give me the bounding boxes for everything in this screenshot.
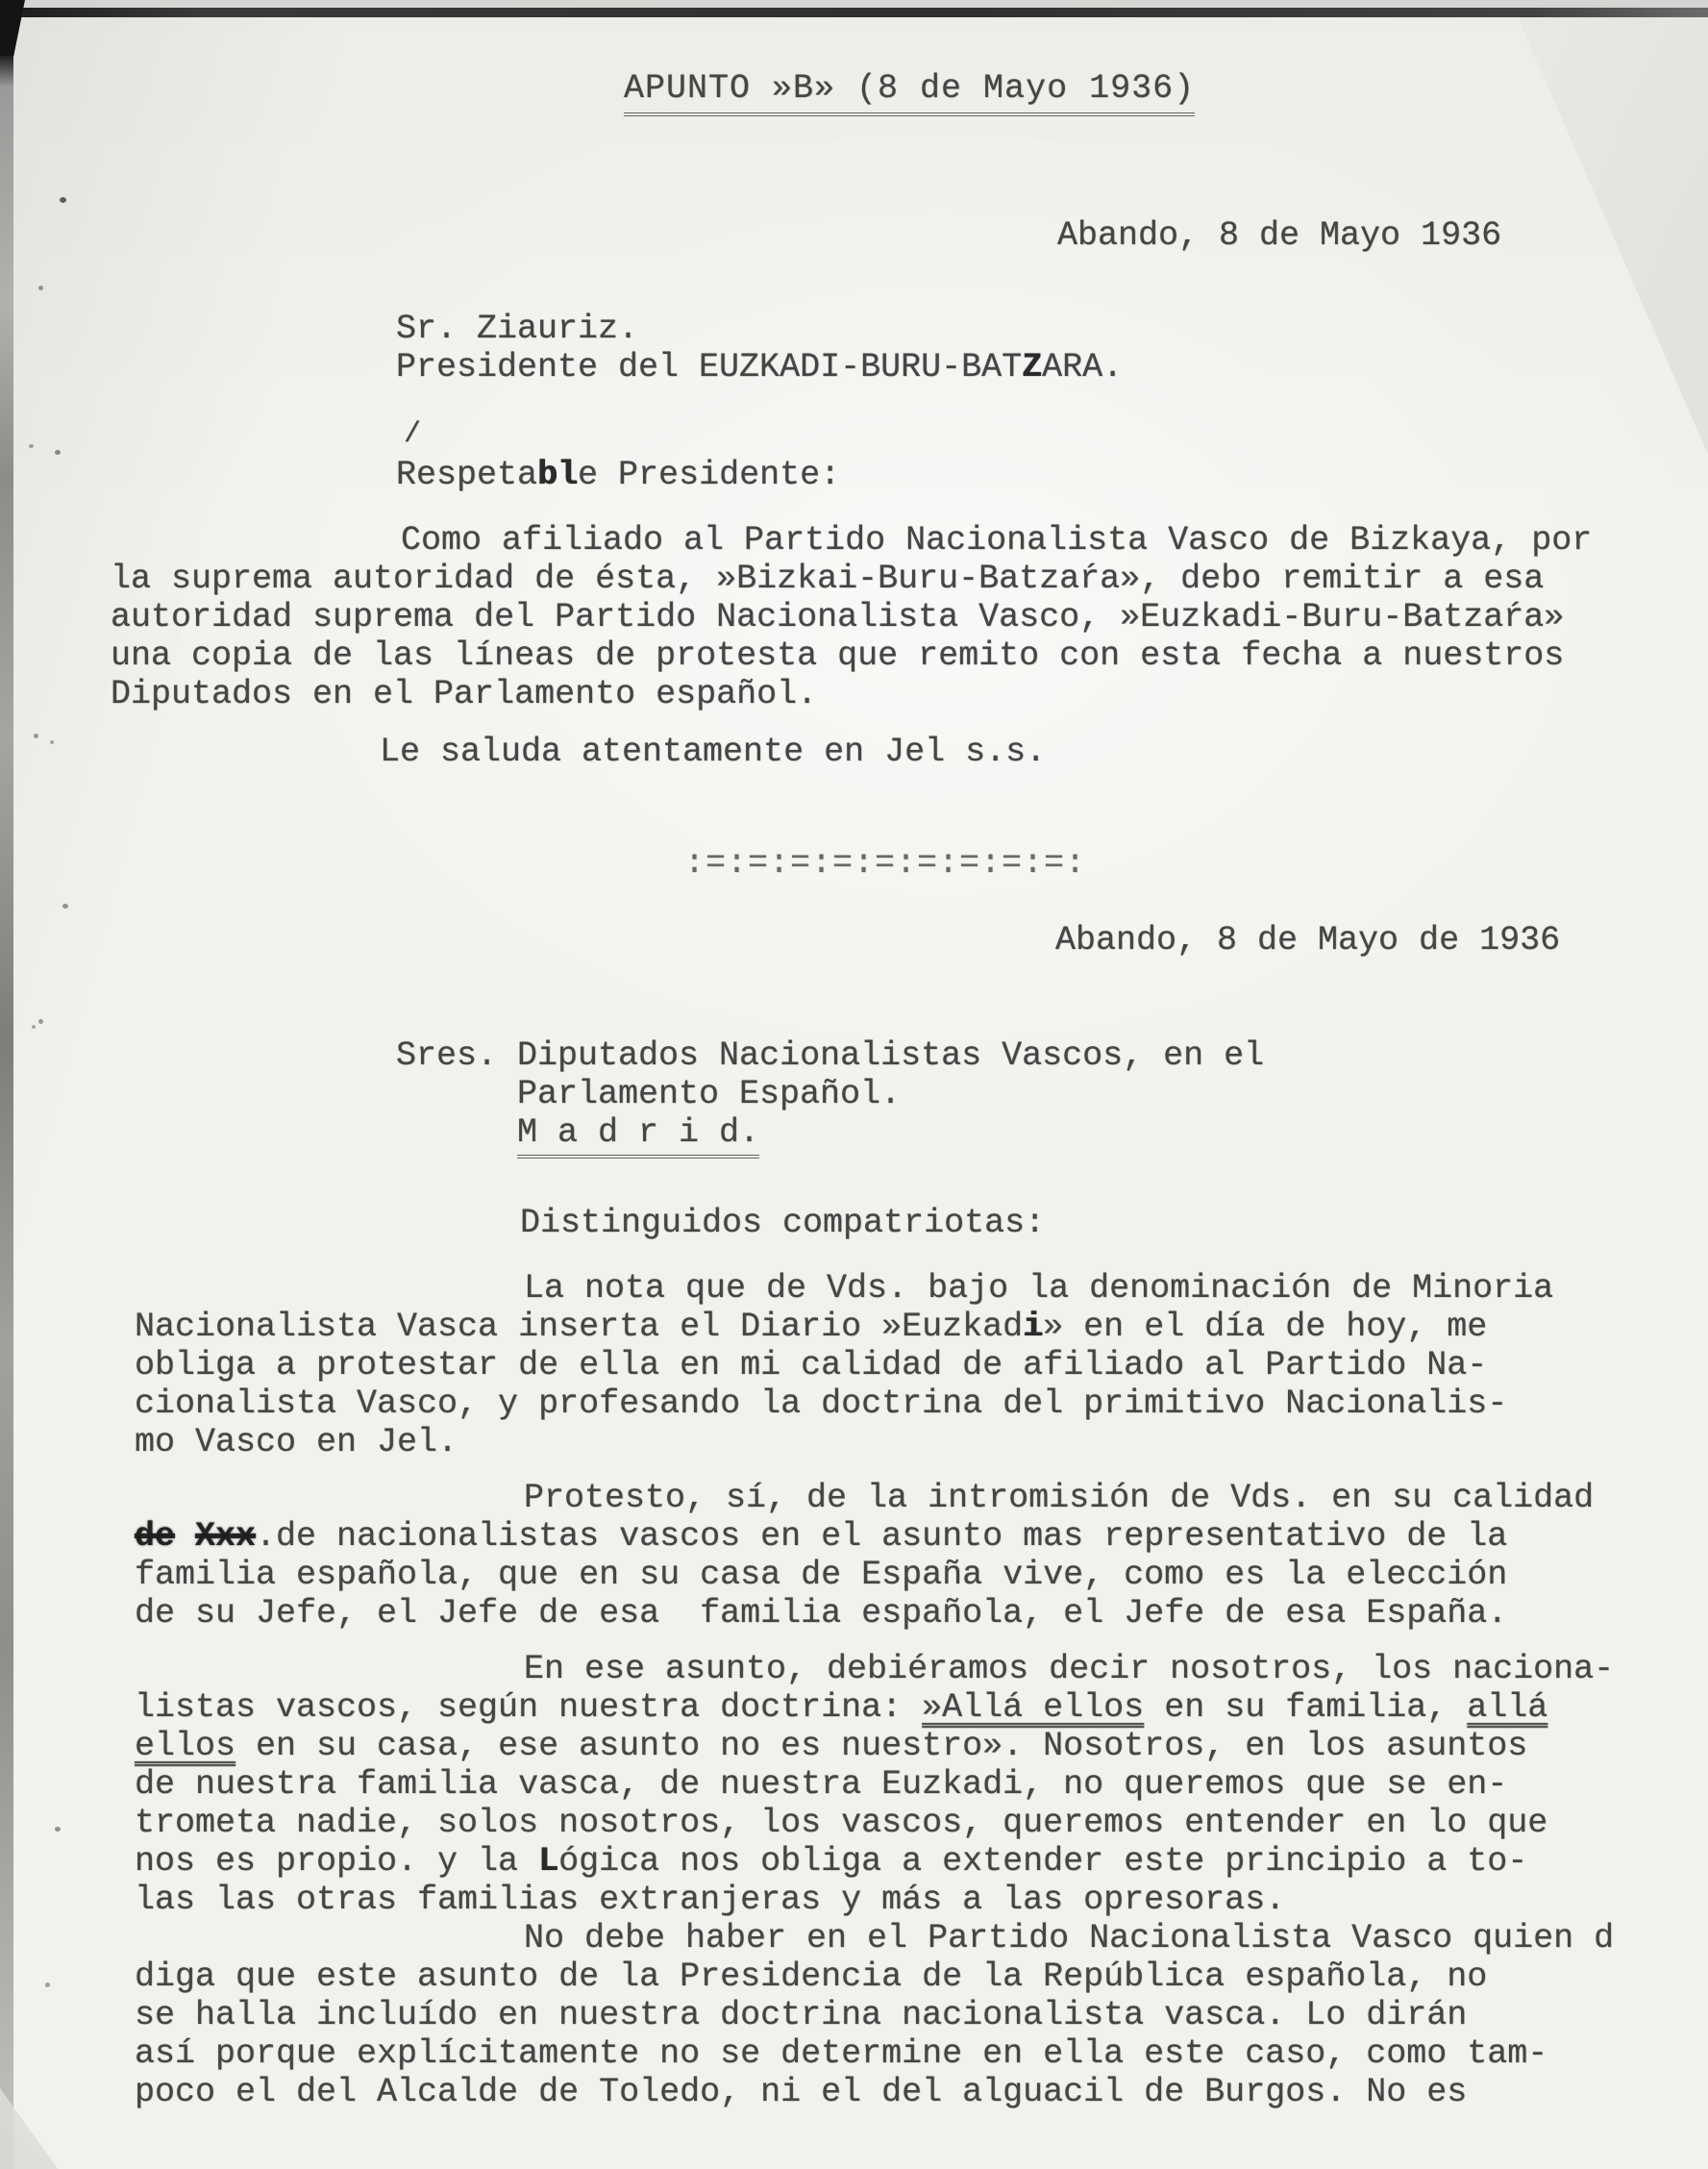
scan-edge-left (0, 0, 13, 2169)
typed-line: En ese asunto, debiéramos decir nosotros… (135, 1650, 1614, 1688)
scan-speck (55, 450, 61, 455)
typed-line: Parlamento Español. (396, 1075, 1264, 1113)
scan-speck (32, 1025, 36, 1029)
typed-line: Respetable Presidente: (396, 456, 840, 494)
typed-line: de su Jefe, el Jefe de esa familia españ… (135, 1594, 1594, 1633)
margin-mark: / (404, 415, 421, 454)
typed-line: las las otras familias extranjeras y más… (135, 1881, 1614, 1919)
typed-line: de Xxx.de nacionalistas vascos en el asu… (135, 1517, 1594, 1556)
scan-speck (29, 444, 34, 448)
salutation-second: Distinguidos compatriotas: (520, 1204, 1045, 1242)
recipient-block-first: Sr. Ziauriz. Presidente del EUZKADI-BURU… (396, 310, 1123, 386)
typed-line: una copia de las líneas de protesta que … (111, 636, 1592, 675)
typed-line: cionalista Vasco, y profesando la doctri… (135, 1384, 1553, 1423)
typed-line: Protesto, sí, de la intromisión de Vds. … (135, 1479, 1594, 1517)
typed-line: trometa nadie, solos nosotros, los vasco… (135, 1804, 1614, 1842)
scan-corner-top-left (0, 0, 25, 56)
typed-line: No debe haber en el Partido Nacionalista… (135, 1919, 1614, 1957)
typed-line: la suprema autoridad de ésta, »Bizkai-Bu… (111, 560, 1592, 598)
typed-line: Le saluda atentamente en Jel s.s. (380, 733, 1046, 771)
typed-line: mo Vasco en Jel. (135, 1423, 1553, 1461)
typed-line: diga que este asunto de la Presidencia d… (135, 1957, 1614, 1996)
scan-speck (45, 1982, 50, 1987)
madrid-underlined: M a d r i d. (517, 1113, 759, 1159)
typed-line: Nacionalista Vasca inserta el Diario »Eu… (135, 1308, 1553, 1346)
scan-edge-top-light (0, 0, 1708, 8)
typed-line: poco el del Alcalde de Toledo, ni el del… (135, 2073, 1614, 2111)
scan-speck (34, 734, 38, 738)
typed-line: :=:=:=:=:=:=:=:=:=: (684, 844, 1086, 883)
typed-line: obliga a protestar de ella en mi calidad… (135, 1346, 1553, 1384)
typed-separator: :=:=:=:=:=:=:=:=:=: (684, 844, 1086, 883)
scan-speck (38, 1019, 43, 1024)
closing-first: Le saluda atentamente en Jel s.s. (380, 733, 1046, 771)
typed-line: Distinguidos compatriotas: (520, 1204, 1045, 1242)
heading-text: APUNTO »B» (8 de Mayo 1936) (624, 69, 1195, 116)
typed-line: / (404, 415, 421, 454)
typed-line: listas vascos, según nuestra doctrina: »… (135, 1688, 1614, 1727)
paragraph-como-afiliado: Como afiliado al Partido Nacionalista Va… (111, 521, 1592, 713)
recipient-name: Sr. Ziauriz. (396, 310, 1123, 348)
page-fold-top-right (1501, 17, 1708, 455)
page-fold-bottom-left (0, 2054, 106, 2169)
typed-line: autoridad suprema del Partido Nacionalis… (111, 598, 1592, 636)
paragraph-en-ese-asunto: En ese asunto, debiéramos decir nosotros… (135, 1650, 1614, 1919)
typed-line: familia española, que en su casa de Espa… (135, 1556, 1594, 1594)
typed-line: Abando, 8 de Mayo de 1936 (1055, 921, 1560, 960)
typed-line: ellos en su casa, ese asunto no es nuest… (135, 1727, 1614, 1765)
dateline-first: Abando, 8 de Mayo 1936 (1057, 216, 1501, 255)
typed-line: La nota que de Vds. bajo la denominación… (135, 1269, 1553, 1308)
scan-speck (55, 1827, 61, 1832)
typed-line-madrid: M a d r i d. (396, 1113, 1264, 1152)
typed-line: se halla incluído en nuestra doctrina na… (135, 1996, 1614, 2034)
typed-line: de nuestra familia vasca, de nuestra Euz… (135, 1765, 1614, 1804)
scan-speck (60, 197, 66, 203)
scanned-document-page: APUNTO »B» (8 de Mayo 1936) Abando, 8 de… (0, 0, 1708, 2169)
recipient-block-second: Sres. Diputados Nacionalistas Vascos, en… (396, 1036, 1264, 1152)
document-heading: APUNTO »B» (8 de Mayo 1936) (624, 69, 1195, 116)
typed-line: Como afiliado al Partido Nacionalista Va… (111, 521, 1592, 560)
typed-line: así porque explícitamente no se determin… (135, 2034, 1614, 2073)
scan-speck (50, 740, 54, 744)
typed-line: Sres. Diputados Nacionalistas Vascos, en… (396, 1036, 1264, 1075)
paragraph-no-debe-haber: No debe haber en el Partido Nacionalista… (135, 1919, 1614, 2111)
typed-line: Diputados en el Parlamento español. (111, 675, 1592, 713)
paragraph-protesto: Protesto, sí, de la intromisión de Vds. … (135, 1479, 1594, 1633)
recipient-title: Presidente del EUZKADI-BURU-BATZARA. (396, 348, 1123, 386)
salutation-first: Respetable Presidente: (396, 456, 840, 494)
dateline-second: Abando, 8 de Mayo de 1936 (1055, 921, 1560, 960)
scan-speck (62, 904, 68, 909)
typed-line: nos es propio. y la Lógica nos obliga a … (135, 1842, 1614, 1881)
scan-speck (38, 286, 43, 290)
paragraph-la-nota: La nota que de Vds. bajo la denominación… (135, 1269, 1553, 1461)
typed-line: Abando, 8 de Mayo 1936 (1057, 216, 1501, 255)
scan-edge-top-dark (0, 8, 1708, 17)
